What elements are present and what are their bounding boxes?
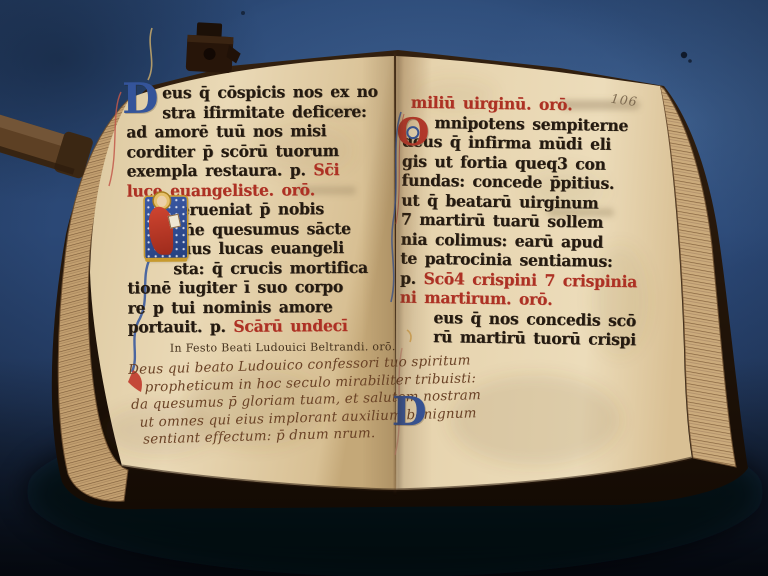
saint-red-robe (149, 207, 173, 255)
text-segment: terueniat p̄ nobis (173, 199, 324, 220)
text-segment: eus q̄ cōspicis nos ex no (162, 81, 378, 102)
text-segment: tionē iugiter ī suo corpo (127, 276, 343, 297)
text-segment: dn̄e quesumus sācte (173, 218, 351, 239)
illuminated-initial-O-red: O (396, 113, 430, 152)
text-segment: p. (400, 267, 424, 287)
text-segment: ad amorē tuū nos misi (126, 121, 326, 142)
text-segment: tuus lucas euangeli (173, 237, 344, 258)
text-segment: Scārū undecī (233, 315, 347, 336)
manuscript-line: rū martirū tuorū crispi (399, 326, 671, 351)
gold-ground (145, 258, 187, 262)
fabric-marks (241, 11, 692, 63)
text-segment: rū martirū tuorū crispi (433, 327, 636, 350)
addition-heading: In Festo Beati Ludouici Beltrandi. orō. (128, 340, 400, 355)
saint-book (168, 214, 182, 229)
right-gothic-lines: miliū uirginū. orō.mnipotens sempiterned… (399, 92, 675, 350)
text-segment: exempla restaura. p. (127, 160, 314, 181)
historiated-initial-saint-figure (145, 197, 187, 259)
left-page-text: D eus q̄ cōspicis nos ex nostra ifirmita… (126, 81, 401, 449)
text-segment: Sc̄i (313, 160, 339, 180)
illuminated-initial-D2-blue: D (392, 392, 427, 433)
cursive-addition: Deus qui beato Ludouico confessori tuo s… (128, 354, 402, 449)
text-segment: miliū uirginū. orō. (411, 92, 573, 114)
text-segment: portauit. p. (128, 316, 234, 336)
left-strap (0, 109, 94, 179)
manuscript-line: ad amorē tuū nos misi (126, 120, 398, 142)
text-segment: stra ifirmitate deficere: (162, 101, 366, 122)
text-segment: sta: q̄ crucis mortifica (173, 257, 368, 278)
manuscript-line: tionē iugiter ī suo corpo (127, 276, 399, 298)
manuscript-line: portauit. p. Scārū undecī (128, 315, 400, 337)
illuminated-initial-D-blue: D (122, 78, 159, 120)
manuscript-line: exempla restaura. p. Sc̄i (127, 159, 399, 181)
saint-head (157, 196, 167, 207)
text-segment: corditer p̄ scōrū tuorum (126, 140, 338, 161)
manuscript-line: eus q̄ cōspicis nos ex no (126, 81, 398, 103)
text-segment: re p tui nominis amore (127, 296, 332, 317)
text-segment: ni martirum. orō. (400, 287, 553, 309)
manuscript-photo: D eus q̄ cōspicis nos ex nostra ifirmita… (0, 0, 768, 576)
right-page-text: 106 O D miliū uirginū. orō.mnipotens sem… (399, 92, 675, 350)
